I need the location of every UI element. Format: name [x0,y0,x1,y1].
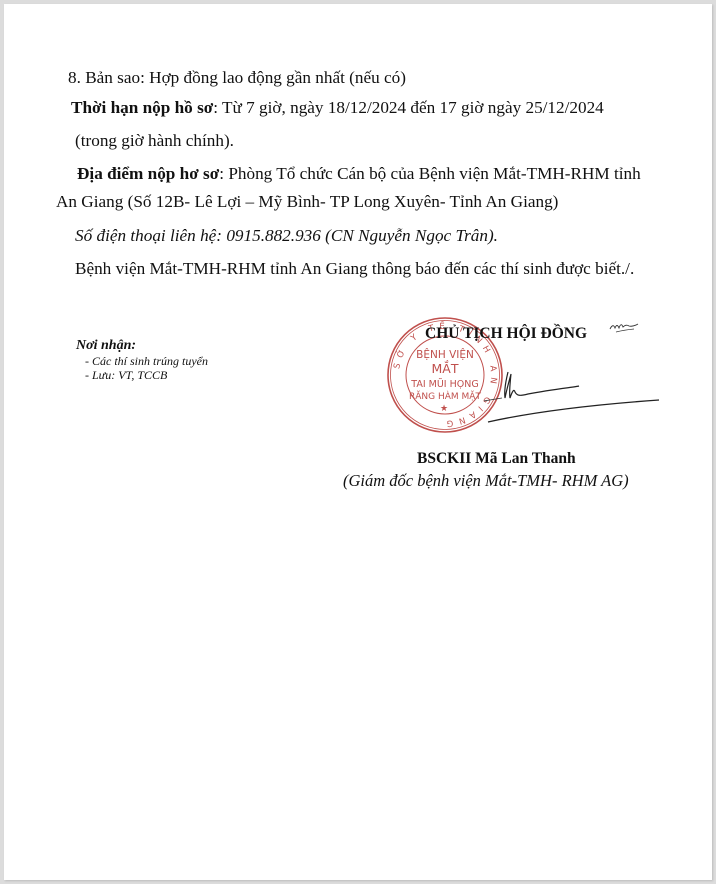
deadline-line: Thời hạn nộp hồ sơ: Từ 7 giờ, ngày 18/12… [71,98,604,118]
chairman-title: CHỦ TỊCH HỘI ĐỒNG [425,325,587,343]
location-label: Địa điểm nộp hơ sơ [77,164,219,183]
initials-mark [608,320,640,334]
recipients-block: Nơi nhận: - Các thí sinh trúng tuyển - L… [76,338,208,382]
item-8-line: 8. Bản sao: Hợp đồng lao động gần nhất (… [68,68,406,88]
closing-line: Bệnh viện Mắt-TMH-RHM tỉnh An Giang thôn… [75,259,634,279]
deadline-label: Thời hạn nộp hồ sơ [71,98,213,117]
recipients-heading: Nơi nhận: [76,338,208,353]
stamp-line-3: TAI MŨI HỌNG [410,378,478,390]
signer-name: BSCKII Mã Lan Thanh [417,450,576,468]
handwritten-signature [484,354,664,434]
location-line-2: An Giang (Số 12B- Lê Lợi – Mỹ Bình- TP L… [56,192,558,212]
signer-role: (Giám đốc bệnh viện Mắt-TMH- RHM AG) [343,471,629,491]
recipient-item: - Lưu: VT, TCCB [76,368,208,382]
stamp-line-1: BỆNH VIỆN [416,348,474,361]
deadline-note: (trong giờ hành chính). [75,131,234,151]
contact-line: Số điện thoại liên hệ: 0915.882.936 (CN … [75,226,498,246]
document-page: 8. Bản sao: Hợp đồng lao động gần nhất (… [4,4,712,880]
deadline-value: : Từ 7 giờ, ngày 18/12/2024 đến 17 giờ n… [213,98,603,117]
recipient-item: - Các thí sinh trúng tuyển [76,354,208,368]
stamp-line-4: RĂNG HÀM MẶT [409,390,481,402]
svg-text:★: ★ [440,404,448,414]
location-value: : Phòng Tổ chức Cán bộ của Bệnh viện Mắt… [219,164,640,183]
location-line-1: Địa điểm nộp hơ sơ: Phòng Tổ chức Cán bộ… [77,164,641,184]
stamp-line-2: MẮT [432,360,459,376]
